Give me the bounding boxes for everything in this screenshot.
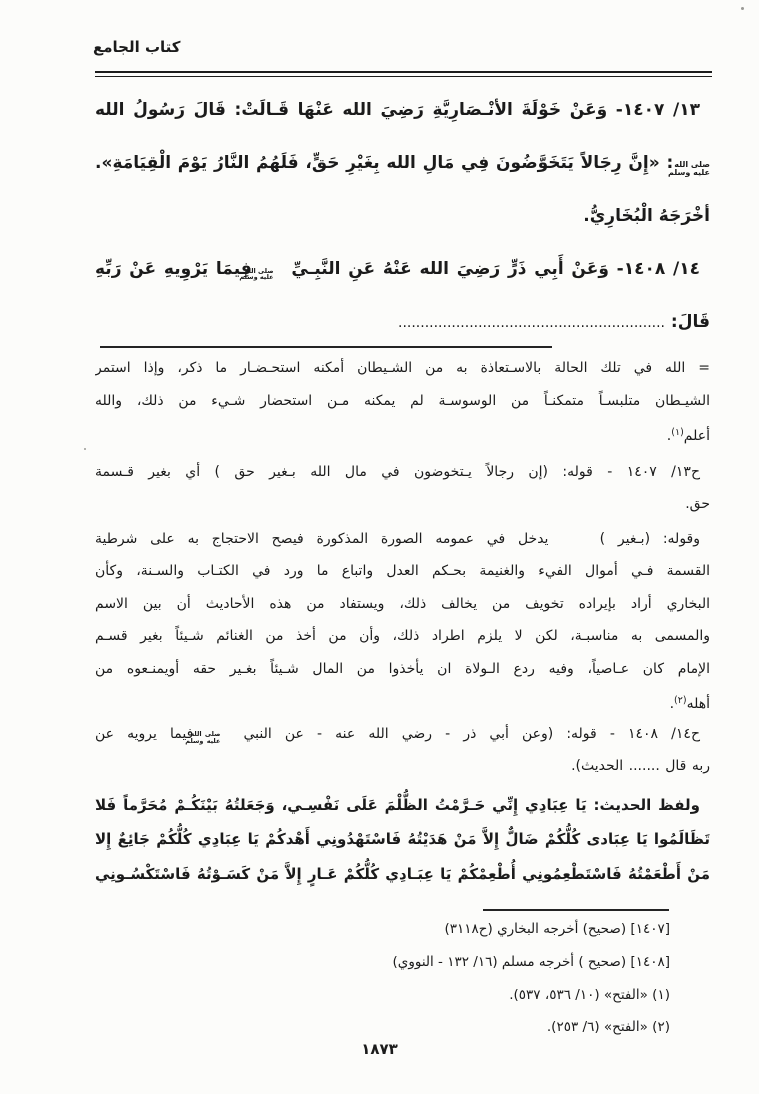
commentary-line: وقوله: (بـغير ) يدخل في عمومه الصورة الم… <box>95 523 710 556</box>
commentary-line: البخاري أراد بإيراده تخويف من يخالف ذلك،… <box>95 588 710 621</box>
commentary-line: ح١٣/ ١٤٠٧ - قوله: (إن رجالاً يـتخوضون في… <box>95 456 710 489</box>
commentary-text: ح١٤/ ١٤٠٨ - قوله: (وعن أبي ذر - رضي الله… <box>230 726 700 742</box>
saw-ligature-icon: صلى اللهعليه وسلم <box>680 161 710 177</box>
hadith-qudsi-line: تَظَالَمُوا يَا عِبَادى كُلُّكُمْ ضَالٌّ… <box>95 822 710 857</box>
page-number: ١٨٧٣ <box>0 1040 759 1058</box>
commentary-line: حق. <box>95 488 710 521</box>
saw-ligature-icon: صلى اللهعليه وسلم <box>260 268 284 281</box>
commentary-line: ح١٤/ ١٤٠٨ - قوله: (وعن أبي ذر - رضي الله… <box>95 718 710 751</box>
commentary-qawluhu-paragraph: وقوله: (بـغير ) يدخل في عمومه الصورة الم… <box>95 523 710 718</box>
saw-bottom-text: عليه وسلم <box>206 738 230 745</box>
footnote-separator-rule <box>483 909 669 911</box>
commentary-line: أهله(٢). <box>95 685 710 718</box>
footnote-ref-1408: [١٤٠٨] (صحيح ) أخرجه مسلم (١٦/ ١٣٢ - الن… <box>130 946 670 979</box>
commentary-hadith-1408-paragraph: ح١٤/ ١٤٠٨ - قوله: (وعن أبي ذر - رضي الله… <box>95 718 710 783</box>
footnote-marker-1: (١) <box>671 427 684 438</box>
commentary-line: القسمة فـي أموال الفيء والغنيمة بحـكم ال… <box>95 555 710 588</box>
saw-ligature-icon: صلى اللهعليه وسلم <box>206 731 230 744</box>
scan-speck <box>741 7 744 10</box>
commentary-hadith-1407-paragraph: ح١٣/ ١٤٠٧ - قوله: (إن رجالاً يـتخوضون في… <box>95 456 710 521</box>
commentary-line: والمسمى به مناسبـة، لكن لا يلزم اطراد ذل… <box>95 620 710 653</box>
saw-bottom-text: عليه وسلم <box>680 169 710 177</box>
header-double-rule <box>95 71 712 77</box>
footnotes-section: [١٤٠٧] (صحيح) أخرجه البخاري (ح٣١١٨) [١٤٠… <box>130 913 670 1044</box>
scan-speck <box>84 448 86 450</box>
hadith-1407-takhrij: أخْرَجَهُ الْبُخَارِيُّ. <box>95 190 710 243</box>
hadith-main-text-section: ١٣/ ١٤٠٧- وَعَنْ خَوْلَةَ الأنْـصَارِيَّ… <box>95 84 710 349</box>
commentary-line: الإمام كان عـاصياً، وفيه ردع الـولاة ان … <box>95 653 710 686</box>
commentary-text: أعلم <box>684 428 710 444</box>
hadith-1408-line1-end: فِيمَا يَرْوِيهِ عَنْ رَبِّهِ <box>95 259 260 279</box>
commentary-separator-rule <box>100 346 552 348</box>
hadith-1408-line1: ١٤/ ١٤٠٨- وَعَنْ أَبِي ذَرٍّ رَضِيَ الله… <box>95 243 710 296</box>
hadith-qudsi-line: مَنْ أَطْعَمْتُهُ فَاسْتَطْعِمُونِي أُطْ… <box>95 857 710 892</box>
footnote-ref-1407: [١٤٠٧] (صحيح) أخرجه البخاري (ح٣١١٨) <box>130 913 670 946</box>
commentary-line: أعلم(١). <box>95 417 710 450</box>
book-title-header: كتاب الجامع <box>93 38 181 56</box>
hadith-1407-line2: صلى اللهعليه وسلم : «إِنَّ رِجَالاً يَتَ… <box>95 137 710 190</box>
hadith-1408-line2: قَالَ: .................................… <box>95 296 710 349</box>
commentary-continuation-paragraph: = الله في تلك الحالة بالاسـتعاذة به من ا… <box>95 352 710 450</box>
hadith-1408-qala: قَالَ: <box>665 312 710 332</box>
commentary-line: = الله في تلك الحالة بالاسـتعاذة به من ا… <box>95 352 710 385</box>
hadith-qudsi-text-paragraph: ولفظ الحديث: يَا عِبَادِي إِنِّي حَـرَّم… <box>95 788 710 892</box>
saw-bottom-text: عليه وسلم <box>260 274 284 281</box>
commentary-text: أهله <box>687 696 710 712</box>
hadith-qudsi-line: ولفظ الحديث: يَا عِبَادِي إِنِّي حَـرَّم… <box>95 788 710 823</box>
commentary-line: الشيـطان متلبسـاً متمكنـاً من الوسوسـة ل… <box>95 385 710 418</box>
commentary-line: ربه قال ....... الحديث). <box>95 750 710 783</box>
footnote-1: (١) «الفتح» (١٠/ ٥٣٦، ٥٣٧). <box>130 979 670 1012</box>
hadith-1408-line1-start: ١٤/ ١٤٠٨- وَعَنْ أَبِي ذَرٍّ رَضِيَ الله… <box>284 259 700 279</box>
hadith-1407-quote-text: : «إِنَّ رِجَالاً يَتَخَوَّضُونَ فِي مَا… <box>95 153 680 173</box>
scanned-book-page: كتاب الجامع ١٣/ ١٤٠٧- وَعَنْ خَوْلَةَ ال… <box>0 0 759 1094</box>
commentary-section: = الله في تلك الحالة بالاسـتعاذة به من ا… <box>95 352 710 891</box>
hadith-1407-line1: ١٣/ ١٤٠٧- وَعَنْ خَوْلَةَ الأنْـصَارِيَّ… <box>95 84 710 137</box>
footnote-marker-2: (٢) <box>674 695 687 706</box>
ellipsis-filler-dots: ........................................… <box>398 315 665 331</box>
